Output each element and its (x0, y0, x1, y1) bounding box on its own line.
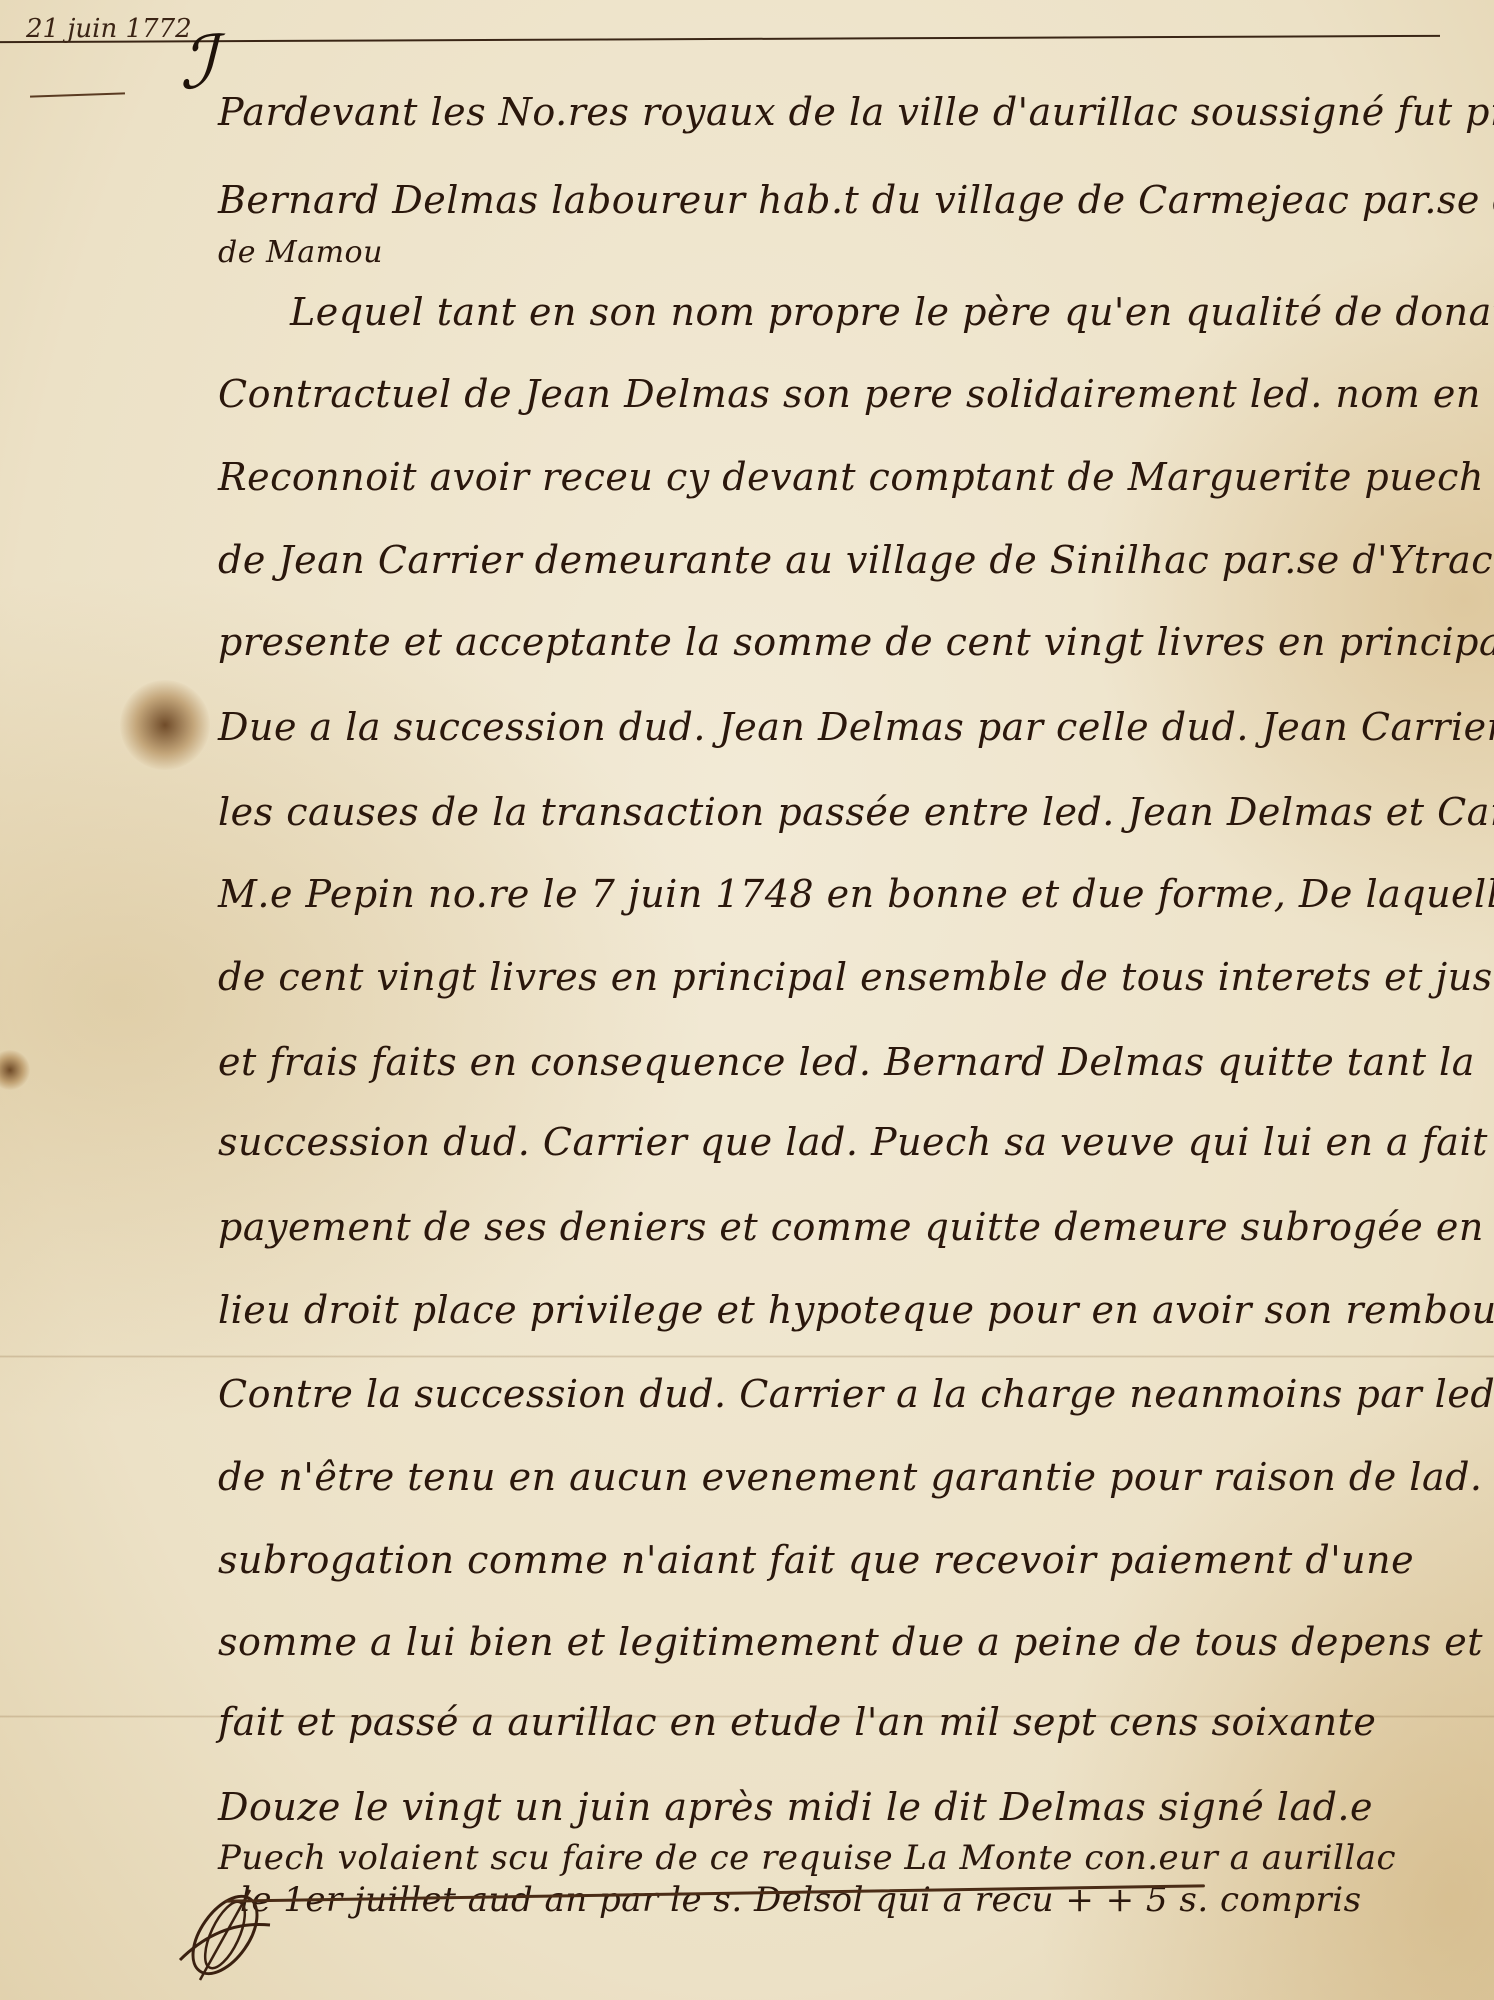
text-line: Bernard Delmas laboureur hab.t du villag… (218, 178, 1438, 222)
text-line: Due a la succession dud. Jean Delmas par… (218, 705, 1438, 749)
ink-stain (120, 680, 210, 770)
text-line: Lequel tant en son nom propre le père qu… (290, 290, 1494, 334)
text-line: payement de ses deniers et comme quitte … (218, 1205, 1438, 1249)
ink-stain (0, 1050, 30, 1090)
top-ruled-line (0, 35, 1440, 43)
text-line: de Jean Carrier demeurante au village de… (218, 538, 1438, 582)
margin-date-note: 21 juin 1772 (26, 14, 192, 44)
text-line: Contre la succession dud. Carrier a la c… (218, 1372, 1438, 1416)
text-line: Contractuel de Jean Delmas son pere soli… (218, 372, 1438, 416)
text-line: le 1er juillet aud an par le s. Delsol q… (240, 1880, 1460, 1920)
text-line: somme a lui bien et legitimement due a p… (218, 1620, 1438, 1664)
initial-flourish-icon: ℐ (180, 26, 215, 100)
text-line: M.e Pepin no.re le 7 juin 1748 en bonne … (218, 872, 1438, 916)
text-line: Puech volaient scu faire de ce requise L… (218, 1838, 1438, 1878)
text-line: presente et acceptante la somme de cent … (218, 620, 1438, 664)
text-line: Reconnoit avoir receu cy devant comptant… (218, 455, 1438, 499)
notary-paraph-signature-icon (170, 1880, 280, 1994)
text-line: lieu droit place privilege et hypoteque … (218, 1288, 1438, 1332)
margin-date-underline (30, 92, 125, 97)
text-line: et frais faits en consequence led. Berna… (218, 1040, 1438, 1084)
text-line: Douze le vingt un juin après midi le dit… (218, 1785, 1438, 1829)
text-line: les causes de la transaction passée entr… (218, 790, 1438, 834)
text-line: subrogation comme n'aiant fait que recev… (218, 1538, 1438, 1582)
paper-fold-line (0, 1355, 1494, 1358)
text-line: de cent vingt livres en principal ensemb… (218, 955, 1438, 999)
text-line: succession dud. Carrier que lad. Puech s… (218, 1120, 1438, 1164)
text-line: Pardevant les No.res royaux de la ville … (218, 90, 1438, 134)
text-line: fait et passé a aurillac en etude l'an m… (218, 1700, 1438, 1744)
text-line: de Mamou (218, 235, 1438, 270)
text-line: de n'être tenu en aucun evenement garant… (218, 1455, 1438, 1499)
manuscript-page: 21 juin 1772 ℐ Pardevant les No.res roya… (0, 0, 1494, 2000)
